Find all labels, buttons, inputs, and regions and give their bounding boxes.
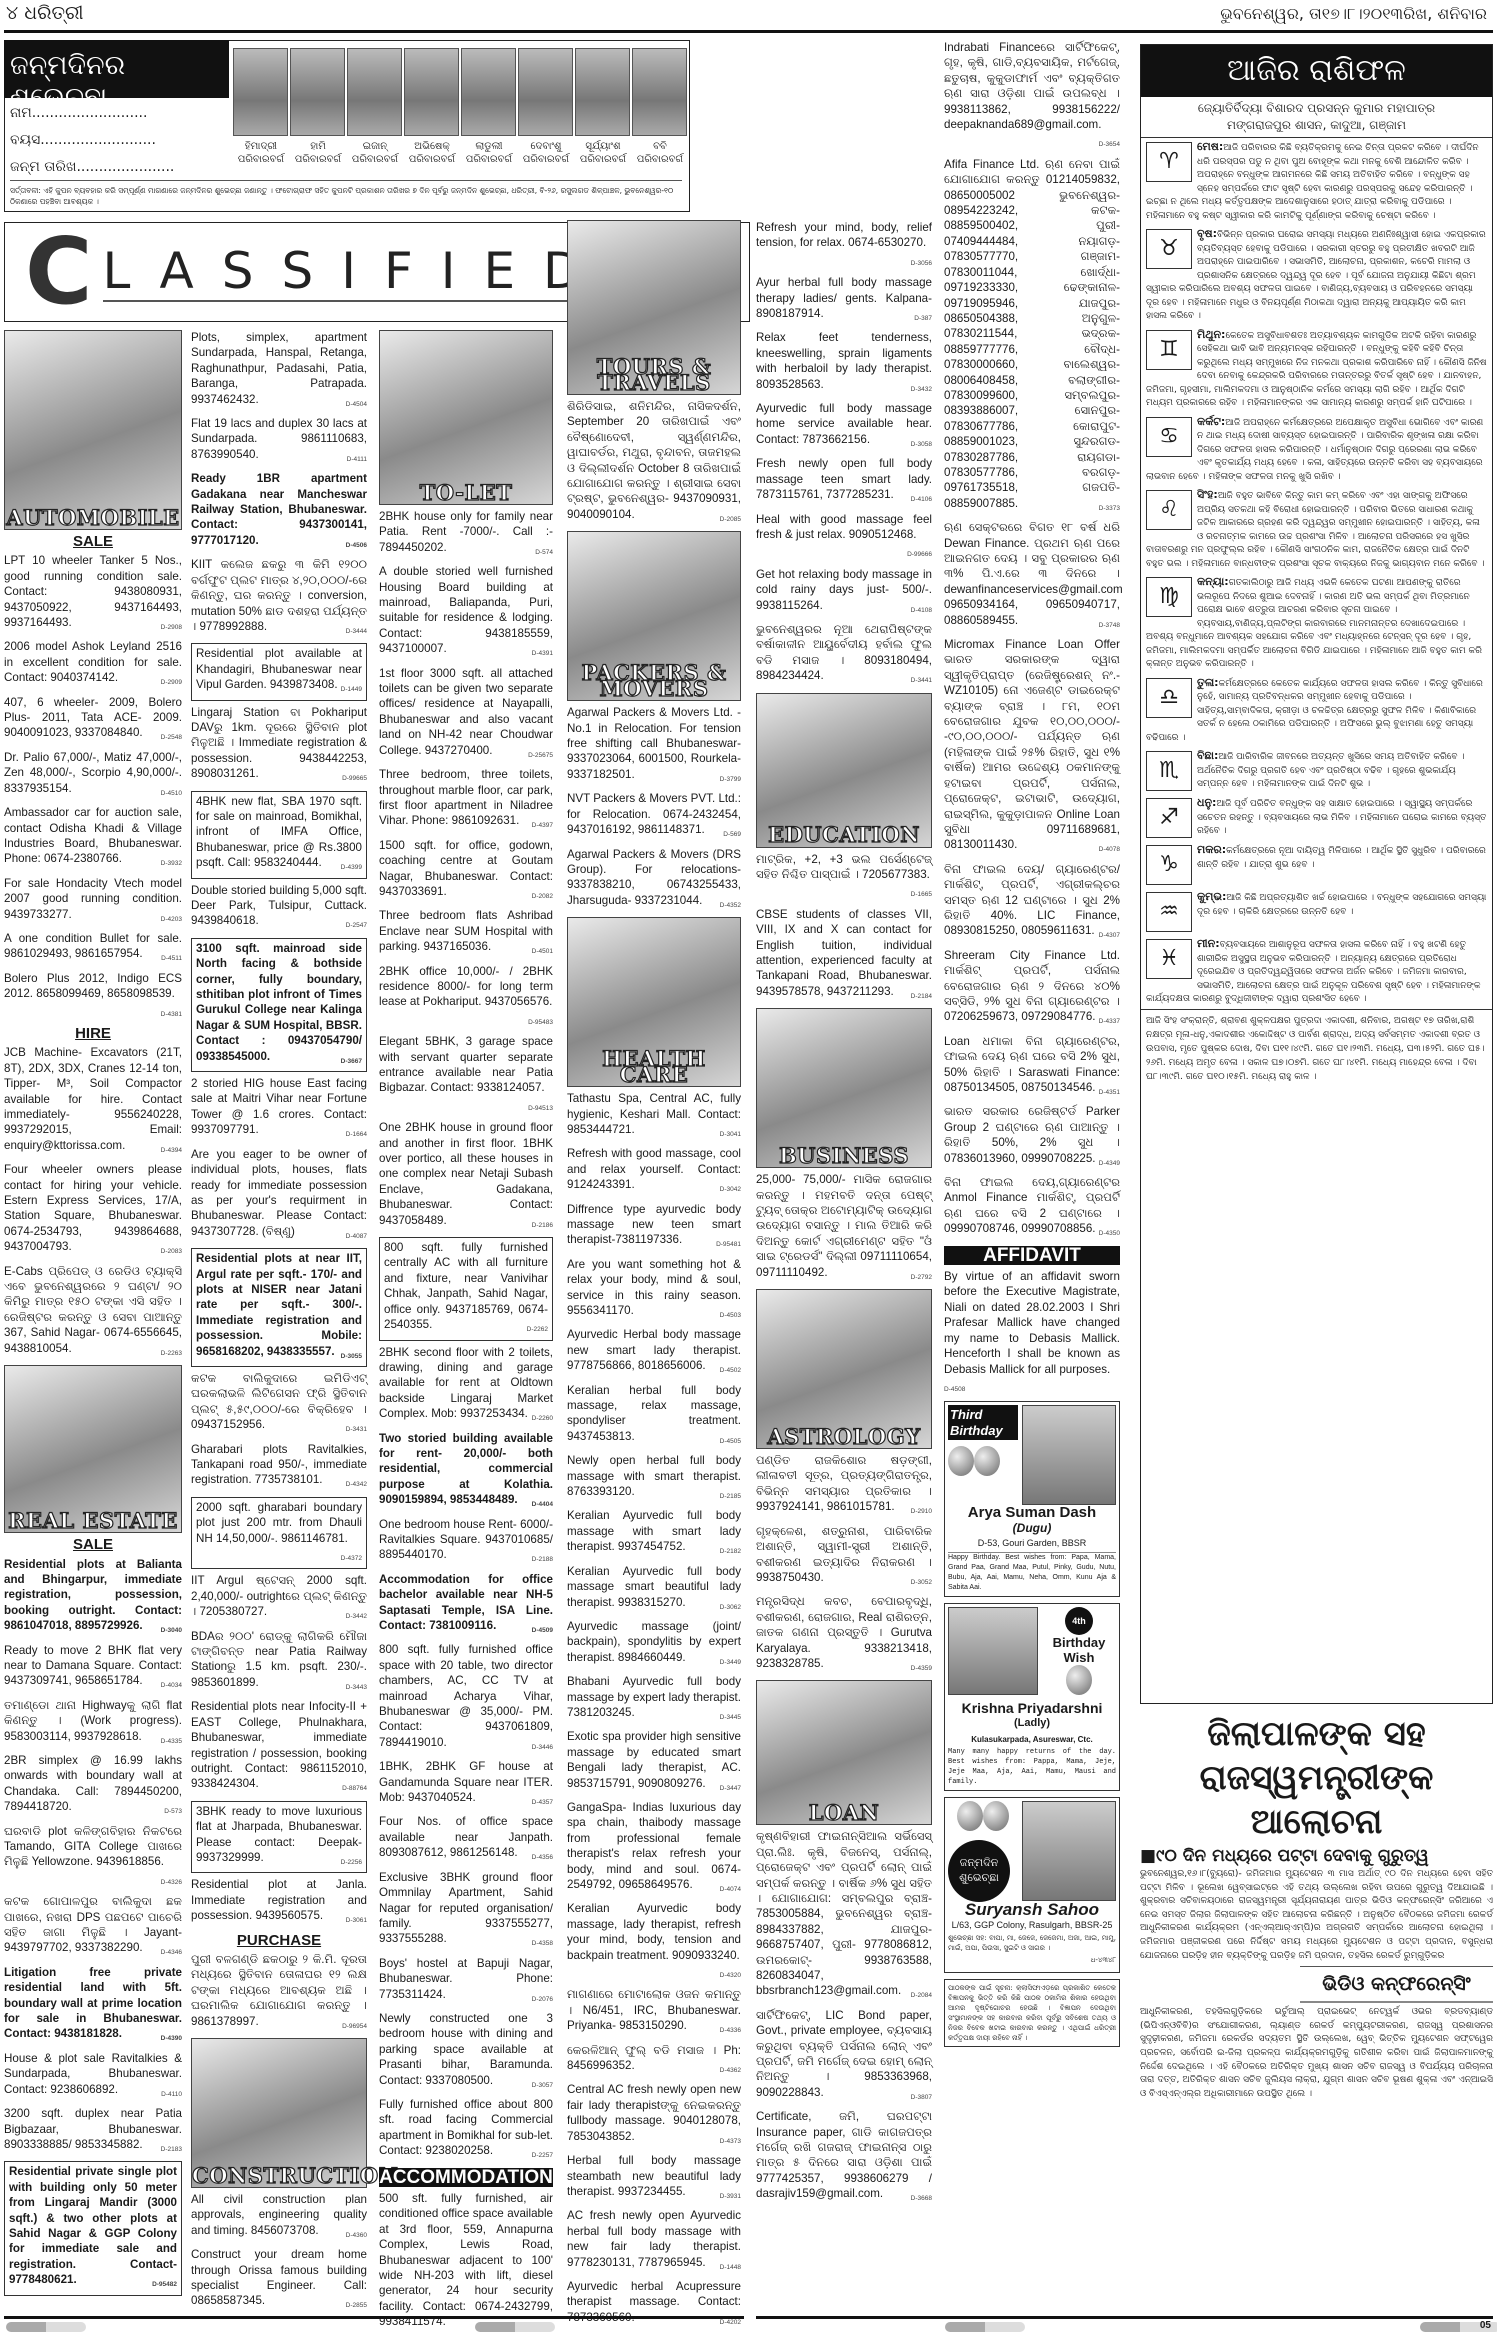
real-estate-ads: Residential plots at Balianta and Bhinga… bbox=[4, 1557, 182, 2296]
ad-text: BDAର ୨୦୦' ରୋଡ୍‌କୁ ଲାଗିକରି ମୌଜା ଟାଙ୍ଗିବନ୍… bbox=[191, 1630, 367, 1689]
ad-text: Ready to move 2 BHK flat very near to Da… bbox=[4, 1644, 182, 1688]
ad-text: House & plot sale Ravitalkies & Sundarpa… bbox=[4, 2052, 182, 2096]
classified-ad: Keralian herbal full body massage, relax… bbox=[567, 1383, 741, 1450]
ad-code: D-4307 bbox=[1099, 928, 1120, 943]
zodiac-sign-entry: ♌ସିଂହ:ଆଜି ବହୁତ ଭାବିବେ କିନ୍ତୁ କାମ କମ୍ କରି… bbox=[1141, 486, 1492, 573]
ad-text: All civil construction plan approvals, e… bbox=[191, 2193, 367, 2237]
ad-code: D-4390 bbox=[161, 2031, 182, 2046]
ad-text: ଋଣ ସେକ୍ଟରରେ ବିଗତ ୧୮ ବର୍ଷ ଧରି Dewan Finan… bbox=[944, 521, 1123, 626]
ad-code: D-2188 bbox=[532, 1552, 553, 1567]
ad-text: Loan ଧମାକା ବିନା ଗ୍ୟାରେଣ୍ଟର, ଫାଇଲ ଦେୟ ଋଣ … bbox=[944, 1035, 1120, 1094]
wish-badge: ଜନ୍ମଦିନ ଶୁଭେଚ୍ଛା bbox=[948, 1840, 1010, 1902]
ad-text: One 2BHK house in ground floor and anoth… bbox=[379, 1121, 553, 1226]
classified-ad: ମାଗଣାରେ ମୋଟାଲୋକ ଓଜନ କମାନ୍ତୁ । N6/451, IR… bbox=[567, 1987, 741, 2038]
classified-ad: Residential plots at Balianta and Bhinga… bbox=[4, 1557, 182, 1639]
ad-code: D-3748 bbox=[1099, 618, 1120, 633]
child-name-caption: ବବିପରିବାରବର୍ଗ bbox=[620, 140, 700, 166]
classified-ad: Lingaraj Station ବା Pokhariput DAVରୁ 1km… bbox=[191, 705, 367, 787]
classified-ad: Herbal full body massage steambath new b… bbox=[567, 2153, 741, 2204]
ad-code: D-4362 bbox=[720, 2063, 741, 2078]
zodiac-sign-entry: ♏ବିଛା:ଆଜି ପାରିବାରିକ ଜୀବନରେ ଅତ୍ୟନ୍ତ ଖୁସିର… bbox=[1141, 747, 1492, 794]
birthday-coupon-fields: ନାମ.......................... ବୟସ.......… bbox=[10, 100, 230, 181]
wish-message: Many many happy returns of the day. Best… bbox=[948, 1747, 1116, 1787]
zodiac-sign-name: ମେଷ: bbox=[1197, 140, 1223, 153]
hire-ads: JCB Machine- Excavators (21T, 8T), 2DX, … bbox=[4, 1045, 182, 1361]
ad-code: D-2908 bbox=[161, 620, 182, 635]
ad-code: D-2548 bbox=[161, 730, 182, 745]
ad-code: D-3041 bbox=[720, 1127, 741, 1142]
ad-text: Diffrence type ayurvedic body massage ne… bbox=[567, 1203, 741, 1247]
ad-code: D-387 bbox=[914, 311, 932, 326]
wish-tag: Birthday Wish bbox=[1042, 1635, 1116, 1666]
classified-ad: AC fresh newly open Ayurvedic herbal ful… bbox=[567, 2208, 741, 2275]
classified-ad: କୃଷ୍ଣବିହାରୀ ଫାଇନାନ୍ସିଆଲ ସର୍ଭିସେସ୍ ପ୍ରା.ଲ… bbox=[756, 1829, 932, 2003]
balloon-icon bbox=[974, 1446, 1000, 1476]
zodiac-sign-name: କର୍କଟ: bbox=[1197, 415, 1225, 428]
ad-code: D-4034 bbox=[161, 1678, 182, 1693]
classified-ad: Loan ଧମାକା ବିନା ଗ୍ୟାରେଣ୍ଟର, ଫାଇଲ ଦେୟ ଋଣ … bbox=[944, 1034, 1120, 1101]
zodiac-sign-name: ବୃଷ: bbox=[1197, 227, 1217, 240]
ad-code: D-4360 bbox=[346, 2228, 367, 2243]
ad-text: Micromax Finance Loan Offer ଭାରତ ସରକାରଙ୍… bbox=[944, 638, 1120, 851]
classified-ad: Flat 19 lacs and duplex 30 lacs at Sunda… bbox=[191, 416, 367, 467]
health-care-image: HEALTH CARE bbox=[567, 917, 741, 1087]
ad-text: Bolero Plus 2012, Indigo ECS 2012. 86580… bbox=[4, 972, 182, 1000]
zodiac-icon: ♈ bbox=[1146, 142, 1192, 182]
ad-text: 2BHK second floor with 2 toilets, drawin… bbox=[379, 1346, 553, 1421]
balloon-icon bbox=[948, 1446, 974, 1476]
ad-text: Ayurvedic massage (joint/ backpain), spo… bbox=[567, 1620, 741, 1664]
zodiac-forecast: ଗତକାଲିଠାରୁ ଆଜି ମଧ୍ୟ ଏଭଳି କେତେକ ଘଟଣା ଆପଣଙ… bbox=[1146, 578, 1482, 669]
sale-heading: SALE bbox=[4, 534, 182, 549]
ad-code: D-4326 bbox=[161, 1875, 182, 1890]
classified-initial: C bbox=[25, 226, 93, 318]
ad-code: D-4502 bbox=[720, 1363, 741, 1378]
reader-notice: ପାଠକଙ୍କ ପାଇଁ ସୂଚନା: କ୍ଲାସିଫାଏଡ଼ରେ ପ୍ରକାଶ… bbox=[944, 1979, 1120, 2047]
ad-code: D-4399 bbox=[341, 860, 362, 875]
classified-ad: Two storied building available for rent-… bbox=[379, 1431, 553, 1513]
ad-text: GangaSpa- Indias luxurious day spa chain… bbox=[567, 1801, 741, 1891]
ad-text: IIT Argul ଷ୍ଟେସନ୍ 2000 sqft. 2,40,000/- … bbox=[191, 1574, 367, 1618]
classified-ad: Construct your dream home through Orissa… bbox=[191, 2247, 367, 2314]
classified-ad: 2BR simplex @ 16.99 lakhs onwards with b… bbox=[4, 1753, 182, 1820]
ad-text: 2BHK house only for family near Patia. R… bbox=[379, 510, 553, 554]
classified-ad: Refresh your mind, body, relief tension,… bbox=[756, 220, 932, 271]
zodiac-forecast: ବିଭିନ୍ନ ପ୍ରକାର ଘରୋଇ ସମସ୍ୟା ମଧ୍ୟରେ ଅଣନିଃଶ… bbox=[1146, 230, 1486, 321]
ad-code: D-2082 bbox=[532, 889, 553, 904]
ad-code: D-2185 bbox=[720, 1489, 741, 1504]
ad-text: 1500 sqft. for office, godown, coaching … bbox=[379, 839, 553, 898]
ad-text: Refresh your mind, body, relief tension,… bbox=[756, 221, 932, 249]
ad-text: Refresh with good massage, cool and rela… bbox=[567, 1147, 741, 1191]
ad-text: କେରଳିଆନ୍ ଫୁଲ୍ ବଡି ମସାଜ । Ph: 8456996352. bbox=[567, 2044, 741, 2072]
zodiac-sign-name: ଧନୁ: bbox=[1197, 796, 1216, 809]
classified-ad: 3BHK ready to move luxurious flat at Jha… bbox=[191, 1801, 367, 1874]
ad-text: Three bedroom, three toilets, throughout… bbox=[379, 768, 553, 827]
ad-text: 3100 sqft. mainroad side North facing & … bbox=[196, 942, 362, 1063]
ad-code: D-2182 bbox=[720, 1544, 741, 1559]
ad-code: D-4108 bbox=[911, 603, 932, 618]
ad-text: ବିନା ଫାଇଲ ଦେୟ/ ଗ୍ୟାରେଣ୍ଟର/ ମାର୍କଶିଟ୍, ପ୍… bbox=[944, 863, 1120, 938]
ad-code: D-3373 bbox=[1099, 501, 1120, 516]
ad-text: 800 sqft. fully furnished office space w… bbox=[379, 1643, 553, 1748]
ad-code: D-3932 bbox=[161, 856, 182, 871]
ad-code: D-3807 bbox=[911, 2090, 932, 2105]
wish-message: ଶୁଭେଚ୍ଛା ସହ: ବାପା, ମା, ଜେଜେ, ଜେଜେମା, ଅଜା… bbox=[948, 1933, 1116, 1953]
ad-text: 2000 sqft. gharabari boundary plot just … bbox=[196, 1501, 362, 1545]
ad-text: Residential plots near Infocity-II + EAS… bbox=[191, 1700, 367, 1790]
zodiac-sign-entry: ♒କୁମ୍ଭ:ଆଜି କିଛି ଅପ୍ରତ୍ୟାଶିତ ଖର୍ଚ୍ଚ ହୋଇପା… bbox=[1141, 888, 1492, 935]
ad-code: D-95483 bbox=[528, 1015, 553, 1030]
education-label: EDUCATION bbox=[757, 827, 931, 842]
ad-text: Afifa Finance Ltd. ଋଣ ନେବା ପାଇଁ ଯୋଗାଯୋଗ … bbox=[944, 158, 1120, 510]
zodiac-forecast: ଆଜି ପରିବାରର କିଛି ବ୍ୟତିକ୍ରମକୁ ନେଇ ଚିନ୍ତା … bbox=[1146, 143, 1479, 221]
zodiac-sign-name: ବିଛା: bbox=[1197, 749, 1218, 762]
ad-code: D-4074 bbox=[720, 1882, 741, 1897]
ad-text: KIIT କଲେଜ ଛକରୁ ୩ କିମି ୧୨୦୦ ବର୍ଗଫୁଟ ପ୍ଲଟ … bbox=[191, 558, 367, 633]
astrology-label: ASTROLOGY bbox=[757, 1429, 931, 1444]
ad-text: ଭୁବନେଶ୍ୱରର ନୂଆ ଥେରାପିଷ୍ଟଙ୍କ ବର୍ଷାକାଳୀନ ଆ… bbox=[756, 623, 932, 682]
classified-ad: Keralian Ayurvedic full body massage wit… bbox=[567, 1508, 741, 1559]
classified-ad: 2000 sqft. gharabari boundary plot just … bbox=[191, 1497, 367, 1570]
ad-code: D-2183 bbox=[161, 2142, 182, 2157]
child-photo bbox=[233, 48, 288, 136]
ad-code: D-4511 bbox=[161, 951, 182, 966]
classified-ad: Four Nos. of office space available near… bbox=[379, 1814, 553, 1865]
classified-ad: Newly constructed one 3 bedroom house wi… bbox=[379, 2011, 553, 2093]
ad-code: D-4342 bbox=[346, 1477, 367, 1492]
ad-code: D-4357 bbox=[532, 1795, 553, 1810]
ad-text: 25,000- 75,000/- ମାସିକ ରୋଜଗାର କରନ୍ତୁ । ମ… bbox=[756, 1173, 932, 1278]
ad-code: D-4381 bbox=[161, 1007, 182, 1022]
ad-code: D-4350 bbox=[1099, 1226, 1120, 1241]
zodiac-forecast: କେତେକ ଅସୁବିଧାବଶତଃ ଅତ୍ୟାବଶ୍ୟକ କାମଗୁଡିକ ଅଟ… bbox=[1146, 331, 1487, 409]
classified-ad: KIIT କଲେଜ ଛକରୁ ୩ କିମି ୧୨୦୦ ବର୍ଗଫୁଟ ପ୍ଲଟ … bbox=[191, 557, 367, 639]
ad-text: Newly open herbal full body massage with… bbox=[567, 1454, 741, 1498]
classified-ad: Residential plots at near IIT, Argul rat… bbox=[191, 1248, 367, 1367]
child-name: ବବି bbox=[620, 140, 700, 153]
ad-code: D-2083 bbox=[161, 1244, 182, 1259]
ad-code: D-3447 bbox=[720, 1781, 741, 1796]
classified-ad: Keralian Ayurvedic body massage, lady th… bbox=[567, 1901, 741, 1983]
ad-code: D-3042 bbox=[720, 1182, 741, 1197]
wish-tag: Third Birthday bbox=[948, 1405, 1018, 1440]
ad-code: D-3654 bbox=[1099, 137, 1120, 152]
ad-code: D-4372 bbox=[341, 1551, 362, 1566]
ad-text: Residential plot available at Khandagiri… bbox=[196, 647, 362, 691]
ad-code: D-4397 bbox=[532, 818, 553, 833]
ad-text: 407, 6 wheeler- 2009, Bolero Plus- 2011,… bbox=[4, 696, 182, 740]
ad-text: 500 sft. fully furnished, air conditione… bbox=[379, 2192, 553, 2328]
zodiac-sign-entry: ♐ଧନୁ:ଆଜି ପୂର୍ବ ପରିଚିତ ବନ୍ଧୁଙ୍କ ସହ ସାକ୍ଷା… bbox=[1141, 794, 1492, 841]
ad-text: Heal with good massage feel fresh & just… bbox=[756, 513, 932, 541]
classified-ad: ଘରବାଡି plot କଳିଙ୍ଗବିହାର ନିକଟରେ Tamando, … bbox=[4, 1824, 182, 1891]
page-tab-indicator bbox=[475, 2322, 555, 2332]
ad-code: D-2909 bbox=[161, 675, 182, 690]
classified-ad: କଟକ ବାଲିକୁଦାରେ ଇମିଡିଏଟ୍ ଘରକଲାଭଳି ଲିଟିଗେସ… bbox=[191, 1371, 367, 1438]
classified-ad: 800 sqft. fully furnished centrally AC w… bbox=[379, 1237, 553, 1340]
classified-ad: ତମାଣ୍ଡୋ ଥାନା Highwayକୁ ଲାଗି flat କିଣନ୍ତୁ… bbox=[4, 1698, 182, 1749]
education-ads: ମାଟ୍ରିକ, +2, +3 ଭଲ ପର୍ସେଣ୍ଟେଜ୍ ସହିତ ନିଶ୍… bbox=[756, 852, 932, 1005]
ad-code: D-25675 bbox=[528, 748, 553, 763]
page-number-title: ୪ ଧରିତ୍ରୀ bbox=[6, 2, 84, 24]
ad-code: D-4106 bbox=[911, 492, 932, 507]
packers-ads: Agarwal Packers & Movers Ltd. - No.1 in … bbox=[567, 705, 741, 913]
ad-text: Dr. Palio 67,000/-, Matiz 47,000/-, Zen … bbox=[4, 751, 182, 795]
classified-ad: ଭୁବନେଶ୍ୱରର ନୂଆ ଥେରାପିଷ୍ଟଙ୍କ ବର୍ଷାକାଳୀନ ଆ… bbox=[756, 622, 932, 689]
child-photo bbox=[948, 1607, 1038, 1695]
classified-ad: କଟକ ଗୋପାଳପୁର ବାଲିକୁଦା ଛକ ପାଖରେ, ନଖରା DPS… bbox=[4, 1894, 182, 1961]
travel-ads: ଶିରିଡିସାଇ, ଶନିମନ୍ଦିର, ନାସିକଦର୍ଶନ, Septem… bbox=[567, 399, 741, 527]
ad-text: Newly constructed one 3 bedroom house wi… bbox=[379, 2012, 553, 2087]
ad-code: D-3058 bbox=[911, 437, 932, 452]
page-tab-indicator bbox=[6, 2322, 86, 2332]
classified-ad: One bedroom house Rent- 6000/- Ravitalki… bbox=[379, 1517, 553, 1568]
zodiac-sign-entry: ♍କନ୍ୟା:ଗତକାଲିଠାରୁ ଆଜି ମଧ୍ୟ ଏଭଳି କେତେକ ଘଟ… bbox=[1141, 573, 1492, 674]
classified-ad: Residential plots near Infocity-II + EAS… bbox=[191, 1699, 367, 1796]
ad-text: Relax feet tenderness, kneeswelling, spr… bbox=[756, 331, 932, 390]
classified-ad: 2 storied HIG house East facing sale at … bbox=[191, 1076, 367, 1143]
ad-code: D-2076 bbox=[532, 1992, 553, 2007]
classified-ad: Exclusive 3BHK ground floor Ommnilay Apa… bbox=[379, 1870, 553, 1952]
ad-text: Litigation free private residential land… bbox=[4, 1966, 182, 2041]
classified-ad: Bolero Plus 2012, Indigo ECS 2012. 86580… bbox=[4, 971, 182, 1022]
child-photo bbox=[518, 48, 573, 136]
wish-nick: (Dugu) bbox=[948, 1521, 1116, 1536]
ad-text: LPT 10 wheeler Tanker 5 Nos., good runni… bbox=[4, 554, 182, 629]
ad-text: ପୁରୀ ବଳଗଣ୍ଡି ଛକଠାରୁ ୨ କି.ମି. ଦୂରତା ମଧ୍ୟର… bbox=[191, 1953, 367, 2028]
ad-text: ମନ୍ତ୍ରସିଦ୍ଧ କବଚ, ବେପାରବୃଦ୍ଧି, ବଶୀକରଣ, ରୋ… bbox=[756, 1595, 932, 1670]
astrology-image: ASTROLOGY bbox=[756, 1289, 932, 1449]
ad-text: One bedroom house Rent- 6000/- Ravitalki… bbox=[379, 1518, 553, 1562]
classified-ad: E-Cabs ପ୍ରିପେଡ୍ ଓ ରେଡିଓ ଟ୍ୟାକ୍ସି ଏବେ ଭୁବ… bbox=[4, 1264, 182, 1361]
news-para-2: ଆଧୁନିକୀକରଣ, ତହସିଲଗୁଡ଼ିକରେ ଭର୍ଚୁଆଲ୍ ପ୍ରାଇ… bbox=[1140, 2006, 1493, 2101]
ad-code: D-4501 bbox=[532, 944, 553, 959]
classified-ad: 2BHK second floor with 2 toilets, drawin… bbox=[379, 1345, 553, 1427]
classified-ad: GangaSpa- Indias luxurious day spa chain… bbox=[567, 1800, 741, 1897]
child-photo bbox=[404, 48, 459, 136]
ad-code: D-3061 bbox=[346, 1913, 367, 1928]
ad-text: Keralian herbal full body massage, relax… bbox=[567, 1384, 741, 1443]
ad-code: D-4336 bbox=[720, 2023, 741, 2038]
ad-code: D-3446 bbox=[532, 1740, 553, 1755]
ad-code: D-2547 bbox=[346, 918, 367, 933]
ad-code: D-3052 bbox=[911, 1575, 932, 1590]
ad-text: 3BHK ready to move luxurious flat at Jha… bbox=[196, 1805, 362, 1864]
hire-heading: HIRE bbox=[4, 1026, 182, 1041]
wish-address: D-53, Gouri Garden, BBSR bbox=[948, 1536, 1116, 1551]
zodiac-forecast: ଆଜି କିଛି ଅପ୍ରତ୍ୟାଶିତ ଖର୍ଚ୍ଚ ହୋଇପାରେ । ବନ… bbox=[1197, 893, 1486, 917]
zodiac-icon: ♒ bbox=[1146, 892, 1192, 932]
ad-code: D-3449 bbox=[720, 1655, 741, 1670]
horoscope-panel: ଆଜିର ରାଶିଫଳ ଜ୍ୟୋତିର୍ବିଦ୍ୟା ବିଶାରଦ ପ୍ରସନ୍… bbox=[1140, 44, 1493, 1704]
ad-text: Residential plot at Janla. Immediate reg… bbox=[191, 1878, 367, 1922]
classified-ad: NVT Packers & Movers PVT. Ltd.: for Relo… bbox=[567, 791, 741, 842]
ad-text: AC fresh newly open Ayurvedic herbal ful… bbox=[567, 2209, 741, 2268]
classified-ad: Heal with good massage feel fresh & just… bbox=[756, 512, 932, 563]
ad-text: Agarwal Packers & Movers Ltd. - No.1 in … bbox=[567, 706, 741, 781]
classified-ad: 800 sqft. fully furnished office space w… bbox=[379, 1642, 553, 1755]
classified-ad: Indrabati Financeରେ ସାର୍ଟିଫିକେଟ୍, ଗୃହ, କ… bbox=[944, 40, 1120, 153]
tours-image: TOURS & TRAVELS bbox=[567, 220, 741, 395]
ad-text: Four Nos. of office space available near… bbox=[379, 1815, 553, 1859]
birthday-wish-krishna: 4th Birthday Wish Krishna Priyadarshni (… bbox=[944, 1603, 1120, 1791]
ad-code: D-4203 bbox=[161, 912, 182, 927]
ad-text: Fresh newly open full body massage teen … bbox=[756, 457, 932, 501]
ad-text: ତମାଣ୍ଡୋ ଥାନା Highwayକୁ ଲାଗି flat କିଣନ୍ତୁ… bbox=[4, 1699, 182, 1743]
ad-text: Indrabati Financeରେ ସାର୍ଟିଫିକେଟ୍, ଗୃହ, କ… bbox=[944, 41, 1120, 131]
ad-code: D-4335 bbox=[161, 1734, 182, 1749]
classified-ad: 2006 model Ashok Leyland 2516 in excelle… bbox=[4, 639, 182, 690]
dateline: ଭୁବନେଶ୍ୱର, ତା୧୭।୮।୨୦୧୩ରିଖ, ଶନିବାର bbox=[1220, 4, 1487, 24]
business-image: BUSINESS bbox=[756, 1008, 932, 1168]
classified-ad: Gharabari plots Ravitalkies, Tankapani r… bbox=[191, 1442, 367, 1493]
classified-ad: 1500 sqft. for office, godown, coaching … bbox=[379, 838, 553, 905]
child-photo bbox=[575, 48, 630, 136]
ad-text: CBSE students of classes VII, VIII, IX a… bbox=[756, 908, 932, 998]
ad-text: ଶିରିଡିସାଇ, ଶନିମନ୍ଦିର, ନାସିକଦର୍ଶନ, Septem… bbox=[567, 400, 741, 521]
balloon-icon bbox=[983, 1801, 1009, 1831]
ad-code: D-99666 bbox=[907, 547, 932, 562]
classified-ad: Ayur herbal full body massage therapy la… bbox=[756, 275, 932, 326]
ad-code: D-99665 bbox=[342, 771, 367, 786]
ad-text: JCB Machine- Excavators (21T, 8T), 2DX, … bbox=[4, 1046, 182, 1151]
ad-code: D-1448 bbox=[720, 2260, 741, 2275]
ad-text: Certificate, ଜମି, ଘରପଟ୍ଟା Insurance pape… bbox=[756, 2110, 932, 2200]
zodiac-sign-entry: ♋କର୍କଟ:ଆଜି ଅପରାହ୍ନେ କର୍ମକ୍ଷେତ୍ରରେ ଅପେକ୍ଷ… bbox=[1141, 413, 1492, 487]
ad-text: Are you want something hot & relax your … bbox=[567, 1258, 741, 1317]
classified-ad: Certificate, ଜମି, ଘରପଟ୍ଟା Insurance pape… bbox=[756, 2109, 932, 2206]
classified-ad: Keralian Ayurvedic full body massage sma… bbox=[567, 1564, 741, 1615]
accommodation-banner: ACCOMMODATION bbox=[379, 2168, 553, 2187]
ad-text: Get hot relaxing body massage in cold ra… bbox=[756, 568, 932, 612]
ad-text: ଘରବାଡି plot କଳିଙ୍ଗବିହାର ନିକଟରେ Tamando, … bbox=[4, 1825, 182, 1869]
ad-code: D-3432 bbox=[911, 382, 932, 397]
child-photo bbox=[1022, 1801, 1116, 1901]
ad-code: D-4356 bbox=[532, 1850, 553, 1865]
zodiac-sign-name: କନ୍ୟା: bbox=[1197, 575, 1229, 588]
classified-ad: Agarwal Packers & Movers Ltd. - No.1 in … bbox=[567, 705, 741, 787]
ad-code: D-4351 bbox=[1099, 1085, 1120, 1100]
child-family: ପରିବାରବର୍ଗ bbox=[620, 153, 700, 166]
accommodation-ads: 500 sft. fully furnished, air conditione… bbox=[379, 2191, 553, 2334]
column-property: Plots, simplex, apartment Sundarpada, Ha… bbox=[191, 330, 367, 2318]
ad-text: Lingaraj Station ବା Pokhariput DAVରୁ 1km… bbox=[191, 706, 367, 781]
ad-text: Are you eager to be owner of individual … bbox=[191, 1148, 367, 1238]
ad-text: Shreeram City Finance Ltd. ମାର୍କଶିଟ୍ ପ୍ର… bbox=[944, 949, 1120, 1024]
ad-text: Four wheeler owners please contact for h… bbox=[4, 1163, 182, 1253]
classified-ad: BDAର ୨୦୦' ରୋଡ୍‌କୁ ଲାଗିକରି ମୌଜା ଟାଙ୍ଗିବନ୍… bbox=[191, 1629, 367, 1696]
classified-ad: 2BHK house only for family near Patia. R… bbox=[379, 509, 553, 560]
ad-code: D-3062 bbox=[720, 1600, 741, 1615]
classified-ad: Litigation free private residential land… bbox=[4, 1965, 182, 2047]
birthday-coupon-title: ଜନ୍ମଦିନର ଶୁଭେଚ୍ଛା bbox=[4, 40, 229, 98]
classified-ad: 407, 6 wheeler- 2009, Bolero Plus- 2011,… bbox=[4, 695, 182, 746]
classified-ad: 3100 sqft. mainroad side North facing & … bbox=[191, 938, 367, 1072]
ad-code: D-88764 bbox=[342, 1781, 367, 1796]
wish-name: Suryansh Sahoo bbox=[948, 1902, 1116, 1917]
astrologer-address: ମଙ୍ଗରାଜପୁର ଶାସନ, କାଦୁଆ, ଗଞ୍ଜାମ bbox=[1144, 117, 1489, 134]
ad-text: Three bedroom flats Ashribad Enclave nea… bbox=[379, 909, 553, 953]
horoscope-title: ଆଜିର ରାଶିଫଳ bbox=[1141, 45, 1492, 97]
classified-ad: Residential plot available at Khandagiri… bbox=[191, 643, 367, 700]
zodiac-sign-entry: ♊ମିଥୁନ:କେତେକ ଅସୁବିଧାବଶତଃ ଅତ୍ୟାବଶ୍ୟକ କାମଗ… bbox=[1141, 326, 1492, 413]
ad-text: Central AC fresh newly open new fair lad… bbox=[567, 2083, 741, 2142]
classified-ad: For sale Hondacity Vtech model 2007 good… bbox=[4, 876, 182, 927]
ad-text: Ready 1BR apartment Gadakana near Manche… bbox=[191, 472, 367, 547]
classified-ad: Are you want something hot & relax your … bbox=[567, 1257, 741, 1324]
finance-ads: Indrabati Financeରେ ସାର୍ଟିଫିକେଟ୍, ଗୃହ, କ… bbox=[944, 40, 1120, 1242]
ad-text: 2BHK office 10,000/- / 2BHK residence 80… bbox=[379, 965, 553, 1009]
ad-code: D-3445 bbox=[720, 1710, 741, 1725]
ad-code: D-4110 bbox=[161, 2087, 182, 2102]
ad-text: Ayurvedic full body massage home service… bbox=[756, 402, 932, 446]
loan-image: LOAN bbox=[756, 1680, 932, 1825]
ad-code: D-4391 bbox=[532, 646, 553, 661]
ad-code: D-1449 bbox=[341, 682, 362, 697]
affidavit-banner: AFFIDAVIT bbox=[944, 1246, 1120, 1265]
classified-ad: JCB Machine- Excavators (21T, 8T), 2DX, … bbox=[4, 1045, 182, 1158]
ad-code: D-1665 bbox=[911, 887, 932, 902]
classified-ad: ଶିରିଡିସାଇ, ଶନିମନ୍ଦିର, ନାସିକଦର୍ଶନ, Septem… bbox=[567, 399, 741, 527]
loan-label: LOAN bbox=[757, 1805, 931, 1820]
classified-ad: Bhabani Ayurvedic full body massage by e… bbox=[567, 1674, 741, 1725]
classified-ad: 500 sft. fully furnished, air conditione… bbox=[379, 2191, 553, 2334]
page-number: 05 bbox=[1480, 2320, 1491, 2331]
wish-name: Krishna Priyadarshni bbox=[948, 1701, 1116, 1716]
classified-ad: ଭାରତ ସରକାର ରେଜିଷ୍ଟର୍ଡ Parker Group 2 ଘଣ୍… bbox=[944, 1104, 1120, 1171]
classified-ad: Ayurvedic herbal Acupressure therapist m… bbox=[567, 2279, 741, 2330]
ad-text: ମାଟ୍ରିକ, +2, +3 ଭଲ ପର୍ସେଣ୍ଟେଜ୍ ସହିତ ନିଶ୍… bbox=[756, 853, 932, 881]
ad-text: ଭାରତ ସରକାର ରେଜିଷ୍ଟର୍ଡ Parker Group 2 ଘଣ୍… bbox=[944, 1105, 1120, 1164]
ad-code: D-4373 bbox=[720, 2134, 741, 2149]
zodiac-sign-entry: ♉ବୃଷ:ବିଭିନ୍ନ ପ୍ରକାର ଘରୋଇ ସମସ୍ୟା ମଧ୍ୟରେ ଅ… bbox=[1141, 225, 1492, 326]
automobile-label: AUTOMOBILE bbox=[5, 510, 181, 525]
ad-code: D-1664 bbox=[346, 1127, 367, 1142]
ad-text: 4BHK new flat, SBA 1970 sqft. for sale o… bbox=[196, 795, 362, 870]
ad-text: 1st floor 3000 sqft. all attached toilet… bbox=[379, 667, 553, 757]
ad-text: Ayurvedic Herbal body massage new smart … bbox=[567, 1328, 741, 1372]
real-estate-image: REAL ESTATE bbox=[4, 1365, 182, 1533]
construction-label: CONSTRUCTION bbox=[192, 2168, 366, 2183]
ad-text: କଟକ ବାଲିକୁଦାରେ ଇମିଡିଏଟ୍ ଘରକଲାଭଳି ଲିଟିଗେସ… bbox=[191, 1372, 367, 1431]
wish-message: Happy Birthday. Best wishes from: Papa, … bbox=[948, 1552, 1116, 1593]
construction-image: CONSTRUCTION bbox=[191, 2038, 367, 2188]
ad-code: D-3442 bbox=[346, 1609, 367, 1624]
birthday-wish-arya: Third Birthday Arya Suman Dash (Dugu) D-… bbox=[944, 1401, 1120, 1596]
ad-text: Double storied building 5,000 sqft. Deer… bbox=[191, 884, 367, 928]
ad-code: D-2085 bbox=[720, 512, 741, 527]
ad-text: 3200 sqft. duplex near Patia Bigbazaar, … bbox=[4, 2107, 182, 2151]
ad-text: Residential plots at near IIT, Argul rat… bbox=[196, 1252, 362, 1357]
ad-code: D-95482 bbox=[152, 2277, 177, 2292]
zodiac-icon: ♑ bbox=[1146, 845, 1192, 885]
ad-text: Fully furnished office about 800 sft. ro… bbox=[379, 2098, 553, 2157]
classified-ad: ବିନା ଫାଇଲ ଦେୟ,ଗ୍ୟାରେଣ୍ଟର Anmol Finance ମ… bbox=[944, 1175, 1120, 1242]
ad-code: D-4349 bbox=[1099, 1156, 1120, 1171]
ad-text: Keralian Ayurvedic full body massage sma… bbox=[567, 1565, 741, 1609]
classified-ad: Ready 1BR apartment Gadakana near Manche… bbox=[191, 471, 367, 553]
ad-text: NVT Packers & Movers PVT. Ltd.: for Relo… bbox=[567, 792, 741, 836]
sale-ads: LPT 10 wheeler Tanker 5 Nos., good runni… bbox=[4, 553, 182, 1022]
news-inset-heading: ଭିଡିଓ କନ୍‌ଫରେନ୍ସିଂ bbox=[1300, 1966, 1493, 2003]
news-article: ଜିଲାପାଳଙ୍କ ସହ ରାଜସ୍ୱମନ୍ତ୍ରୀଙ୍କ ଆଲୋଚନା ■୯… bbox=[1140, 1712, 1493, 2101]
ad-text: Exclusive 3BHK ground floor Ommnilay Apa… bbox=[379, 1871, 553, 1946]
ad-text: A one condition Bullet for sale. 9861029… bbox=[4, 932, 182, 960]
ad-text: ମାଗଣାରେ ମୋଟାଲୋକ ଓଜନ କମାନ୍ତୁ । N6/451, IR… bbox=[567, 1988, 741, 2032]
classified-ad: କେରଳିଆନ୍ ଫୁଲ୍ ବଡି ମସାଜ । Ph: 8456996352.… bbox=[567, 2043, 741, 2079]
classified-ad: Ayurvedic full body massage home service… bbox=[756, 401, 932, 452]
